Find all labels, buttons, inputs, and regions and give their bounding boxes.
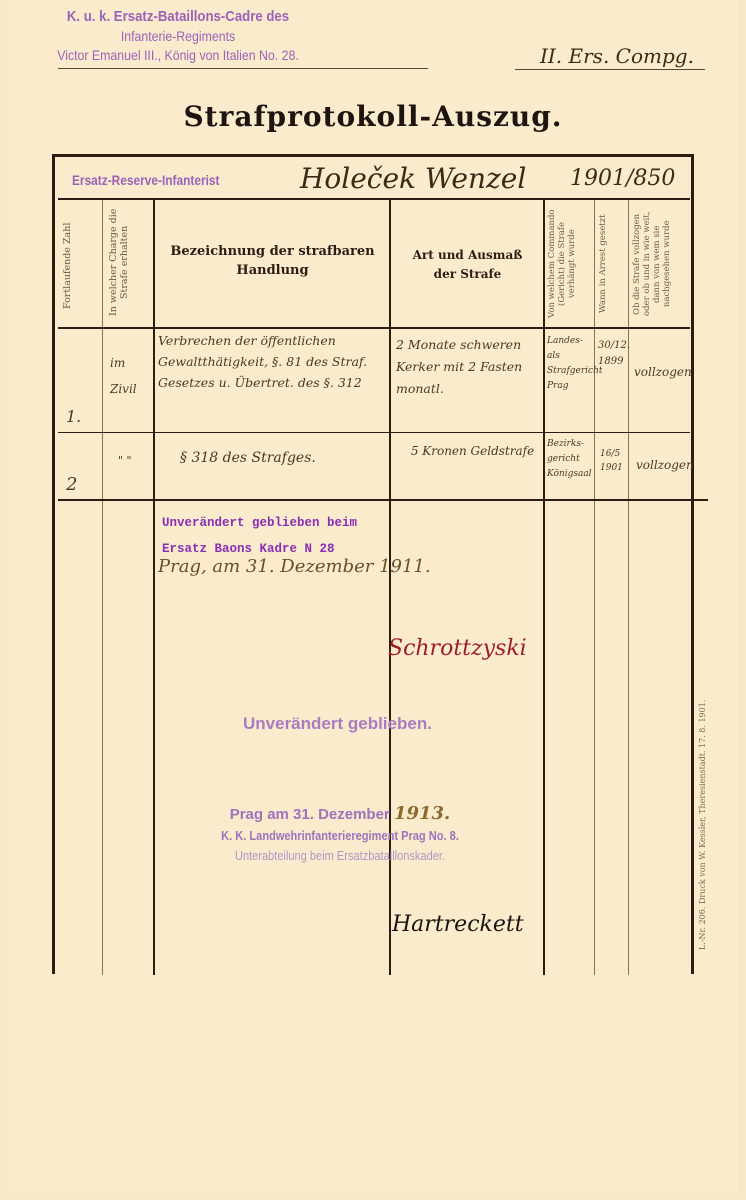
row2-number: 2: [66, 474, 77, 495]
row1-bottom-line: [58, 432, 690, 433]
col-header-status: Ob die Strafe vollzogen oder ob und in w…: [632, 204, 688, 324]
page-title: Strafprotokoll-Auszug.: [0, 100, 746, 133]
row2-court: Bezirks-gericht Königsaal: [547, 437, 595, 482]
col-divider-1: [102, 200, 103, 975]
regiment-stamp-2-line3: Unterabteilung beim Ersatzbataillonskade…: [213, 847, 468, 865]
regiment-stamp-2: Prag am 31. Dezember 1913. K. K. Landweh…: [190, 804, 490, 865]
stamp3-date: Prag am 31. Dezember: [230, 806, 390, 823]
row2-bottom-line: [58, 499, 708, 501]
unchanged-stamp-1: Unverändert geblieben beim Ersatz Baons …: [162, 510, 357, 562]
signature-1: Schrottzyski: [388, 636, 527, 661]
regiment-stamp-2-line2: K. K. Landwehrinfanterieregiment Prag No…: [213, 825, 468, 847]
row1-court: Landes- als Strafgericht Prag: [547, 334, 595, 394]
stamp-line-3: Victor Emanuel III., König von Italien N…: [46, 46, 310, 65]
header-underline-right: [515, 69, 705, 70]
row1-arrest-date: 30/12. 1899: [598, 338, 628, 370]
handwritten-date: Prag, am 31. Dezember 1911.: [158, 556, 431, 577]
stamp-line-2: Infanterie-Regiments: [46, 27, 310, 46]
col-divider-6: [628, 200, 629, 975]
table-top-border: [55, 154, 693, 157]
row2-punishment: 5 Kronen Geldstrafe: [405, 440, 540, 462]
col-header-number: Fortlaufende Zahl: [62, 210, 92, 322]
rank-stamp: Ersatz-Reserve-Infanterist: [72, 172, 219, 188]
row1-punishment: 2 Monate schweren Kerker mit 2 Fasten mo…: [396, 334, 541, 400]
stamp-line-1: K. u. k. Ersatz-Bataillons-Cadre des: [46, 6, 310, 27]
col-header-arrest: Wann in Arrest gesetzt: [598, 204, 626, 324]
person-year-number: 1901/850: [570, 166, 675, 191]
row1-status: vollzogen: [634, 362, 692, 383]
col-divider-5: [594, 200, 595, 975]
printer-note: L.-Nr. 206. Druck von W. Kessler, Theres…: [697, 680, 711, 970]
row2-arrest-date: 16/5 1901: [600, 447, 626, 475]
header-underline-left: [58, 68, 428, 69]
col-header-offense: Bezeichnung der strafbaren Handlung: [165, 242, 380, 280]
col-header-court: Von welchem Commando (Gericht) die Straf…: [547, 204, 591, 324]
table-right-border: [691, 154, 694, 974]
regiment-stamp-2-line1: Prag am 31. Dezember 1913.: [190, 804, 490, 825]
row1-offense: Verbrechen der öffentlichen Gewaltthätig…: [158, 330, 388, 393]
col-divider-2: [153, 200, 155, 975]
person-name: Holeček Wenzel: [300, 162, 526, 195]
row2-charge: " ": [118, 450, 132, 471]
company-note: II. Ers. Compg.: [540, 44, 694, 68]
unchanged-stamp-1-line1: Unverändert geblieben beim: [162, 510, 357, 536]
header-row-bottom-line: [58, 327, 690, 329]
regiment-stamp: K. u. k. Ersatz-Bataillons-Cadre des Inf…: [28, 6, 328, 65]
table-left-border: [52, 154, 55, 974]
row2-offense: § 318 des Strafges.: [180, 448, 385, 469]
row2-status: vollzogen: [636, 455, 694, 476]
col-divider-4: [543, 200, 545, 975]
row1-number: 1.: [66, 406, 81, 427]
stamp3-year: 1913.: [394, 803, 450, 824]
row1-charge: im Zivil: [110, 350, 150, 402]
col-header-charge: In welcher Charge die Strafe erhalten: [108, 205, 148, 320]
unchanged-stamp-2: Unverändert geblieben.: [243, 714, 432, 734]
col-header-punishment: Art und Ausmaß der Strafe: [400, 246, 535, 284]
signature-2: Hartreckett: [392, 912, 524, 937]
